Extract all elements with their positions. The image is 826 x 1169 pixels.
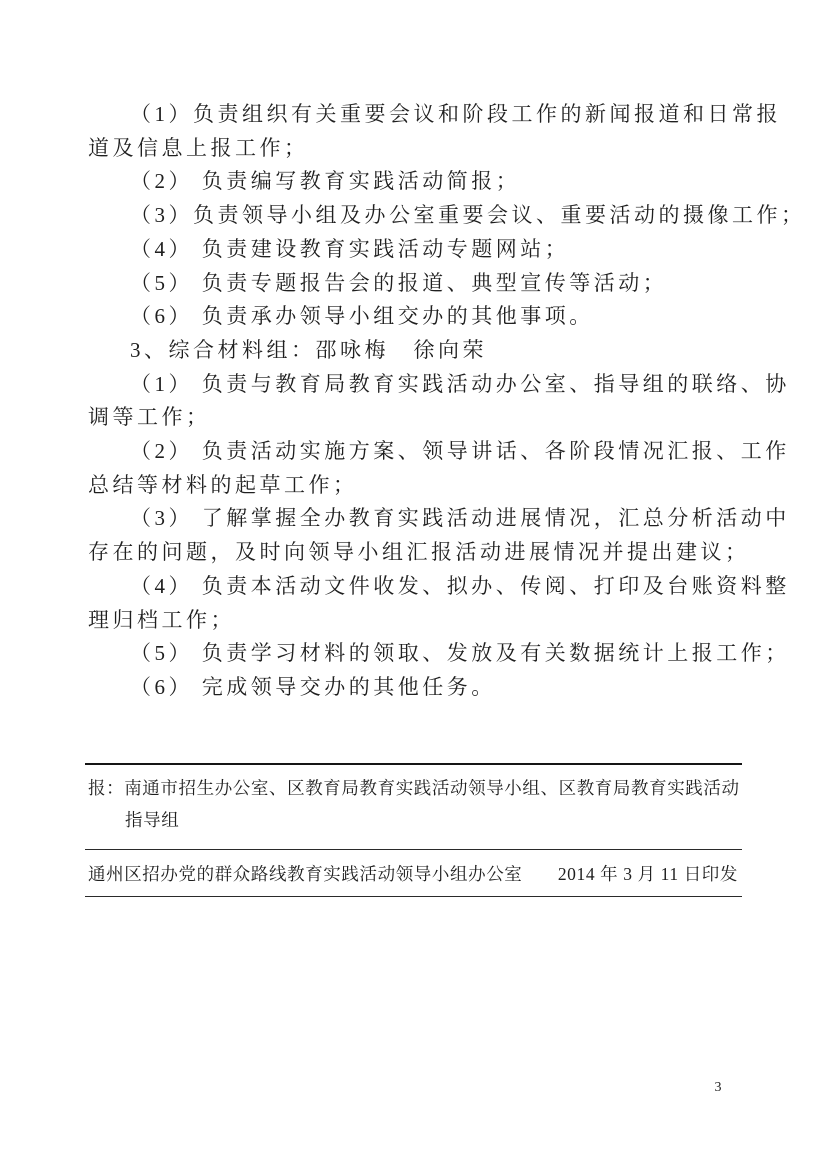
body-line: （4） 负责本活动文件收发、拟办、传阅、打印及台账资料整 <box>88 570 748 604</box>
issuing-office: 通州区招办党的群众路线教育实践活动领导小组办公室 <box>88 858 522 890</box>
body-line: （5） 负责学习材料的领取、发放及有关数据统计上报工作； <box>88 637 748 671</box>
body-line: 调等工作； <box>88 401 748 435</box>
body-line: （1）负责组织有关重要会议和阶段工作的新闻报道和日常报 <box>88 98 748 132</box>
report-distribution-block: 报：南通市招生办公室、区教育局教育实践活动领导小组、区教育局教育实践活动 指导组 <box>88 772 742 836</box>
body-line: 道及信息上报工作； <box>88 132 748 166</box>
body-line: 理归档工作； <box>88 604 748 638</box>
body-line: 总结等材料的起草工作； <box>88 469 748 503</box>
body-line: （6） 负责承办领导小组交办的其他事项。 <box>88 300 748 334</box>
separator-line-top <box>85 763 742 765</box>
report-distribution-continuation: 指导组 <box>88 804 742 836</box>
body-line: （3） 了解掌握全办教育实践活动进展情况，汇总分析活动中 <box>88 502 748 536</box>
body-line-section-heading: 3、综合材料组：邵咏梅 徐向荣 <box>88 334 748 368</box>
body-line: （1） 负责与教育局教育实践活动办公室、指导组的联络、协 <box>88 368 748 402</box>
body-line: （2） 负责活动实施方案、领导讲话、各阶段情况汇报、工作 <box>88 435 748 469</box>
report-distribution-line: 报：南通市招生办公室、区教育局教育实践活动领导小组、区教育局教育实践活动 <box>88 772 742 804</box>
body-line: （5） 负责专题报告会的报道、典型宣传等活动； <box>88 267 748 301</box>
body-line: （3）负责领导小组及办公室重要会议、重要活动的摄像工作； <box>88 199 748 233</box>
separator-line-middle <box>85 849 742 850</box>
body-line: 存在的问题，及时向领导小组汇报活动进展情况并提出建议； <box>88 536 748 570</box>
issuer-row: 通州区招办党的群众路线教育实践活动领导小组办公室 2014 年 3 月 11 日… <box>88 858 738 890</box>
body-line: （2） 负责编写教育实践活动简报； <box>88 165 748 199</box>
page-number: 3 <box>706 1080 730 1096</box>
document-body: （1）负责组织有关重要会议和阶段工作的新闻报道和日常报 道及信息上报工作； （2… <box>88 98 748 705</box>
body-line: （6） 完成领导交办的其他任务。 <box>88 671 748 705</box>
separator-line-bottom <box>85 896 742 897</box>
document-page: （1）负责组织有关重要会议和阶段工作的新闻报道和日常报 道及信息上报工作； （2… <box>0 0 826 1169</box>
print-date: 2014 年 3 月 11 日印发 <box>558 858 738 890</box>
body-line: （4） 负责建设教育实践活动专题网站； <box>88 233 748 267</box>
